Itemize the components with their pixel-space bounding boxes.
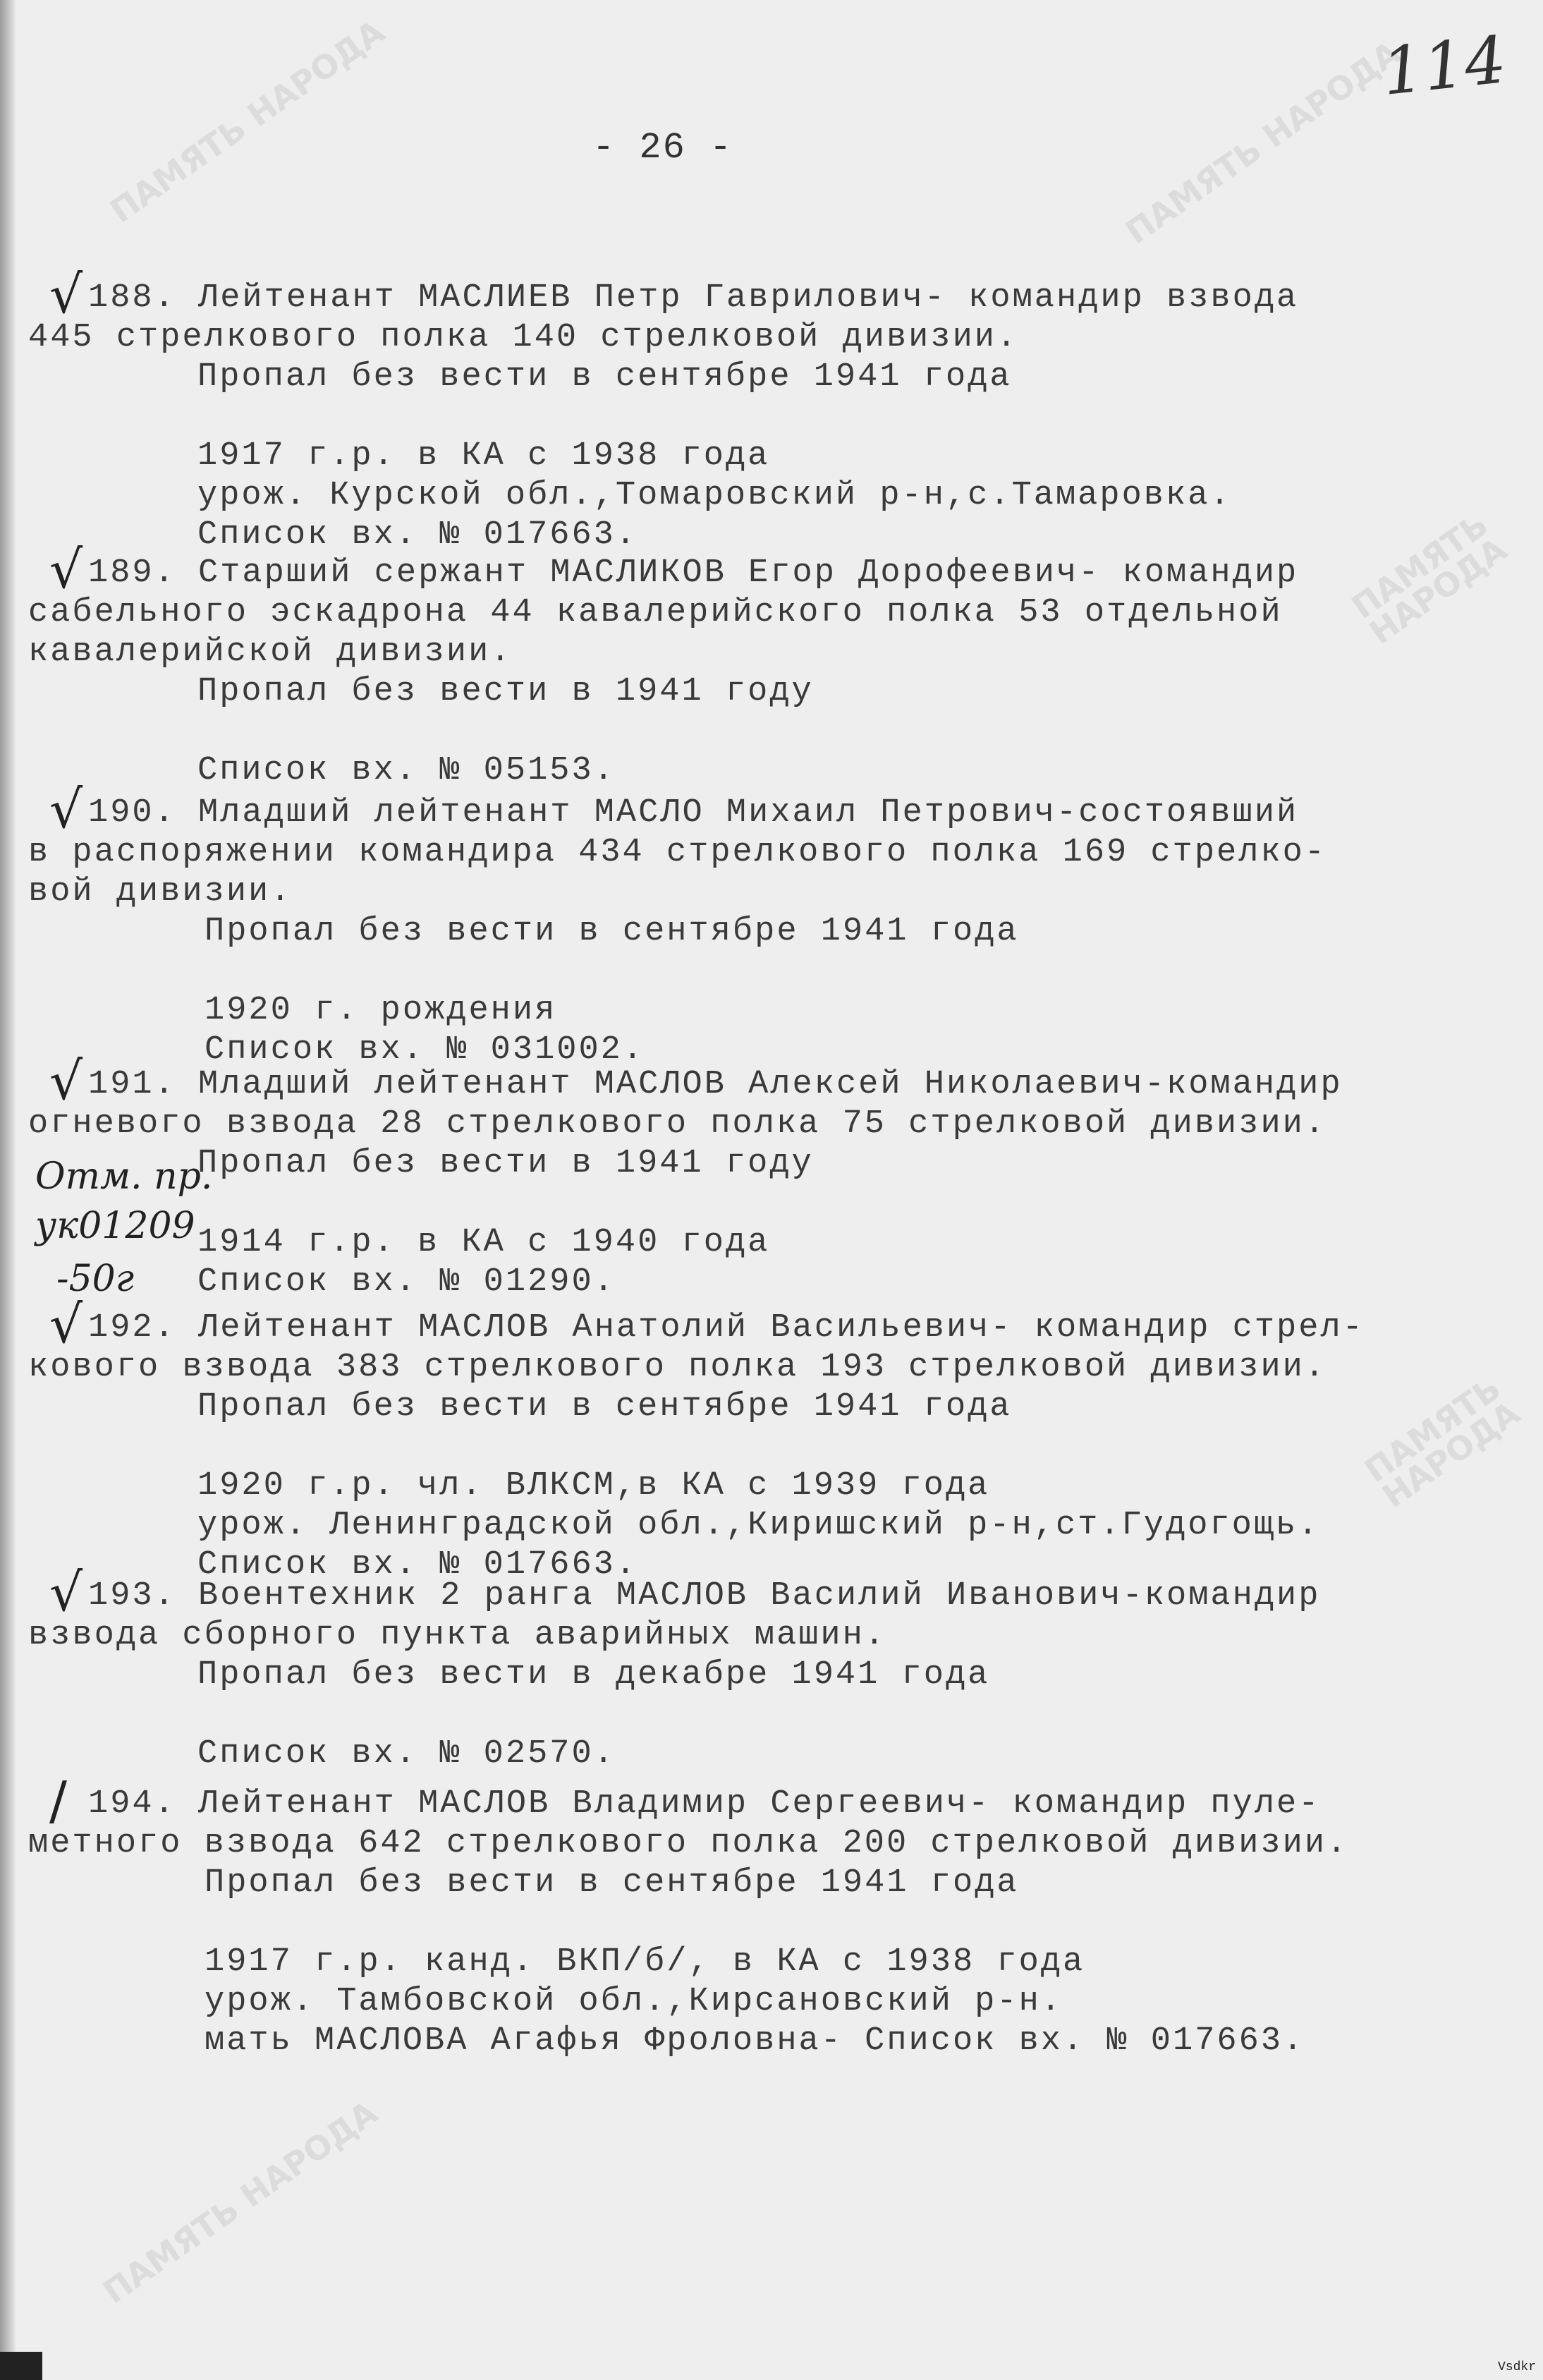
entry-line: урож. Курской обл.,Томаровский р-н,с.Там…	[21, 476, 1502, 516]
document-page: ПАМЯТЬ НАРОДА ПАМЯТЬ НАРОДА ПАМЯТЬ НАРОД…	[21, 0, 1543, 2380]
page-number: - 26 -	[592, 127, 733, 169]
entry-line: Список вх. № 017663.	[21, 516, 1502, 555]
entry-line: кавалерийской дивизии.	[21, 633, 1502, 672]
check-mark-icon: √	[49, 265, 83, 325]
entry-line: Пропал без вести в сентябре 1941 года	[21, 1388, 1502, 1427]
entry-194: / 194. Лейтенант МАСЛОВ Владимир Сергеев…	[21, 1785, 1502, 2061]
entry-line: 1920 г. рождения	[21, 991, 1502, 1031]
entry-line: Список вх. № 02570.	[21, 1735, 1502, 1774]
check-mark-icon: √	[49, 540, 83, 600]
entry-line: Пропал без вести в декабре 1941 года	[21, 1656, 1502, 1695]
entry-line: мать МАСЛОВА Агафья Фроловна- Список вх.…	[21, 2022, 1502, 2061]
handwritten-note: -50г	[56, 1259, 134, 1299]
entry-line: Список вх. № 05153.	[21, 751, 1502, 791]
entry-line: Список вх. № 01290.	[21, 1263, 1502, 1302]
entry-line: 193. Воентехник 2 ранга МАСЛОВ Василий И…	[21, 1577, 1502, 1616]
entry-line: Пропал без вести в сентябре 1941 года	[21, 358, 1502, 397]
entry-190: √ 190. Младший лейтенант МАСЛО Михаил Пе…	[21, 794, 1502, 1070]
entry-193: √ 193. Воентехник 2 ранга МАСЛОВ Василий…	[21, 1577, 1502, 1774]
scan-credit: Vsdkr	[1498, 2360, 1536, 2374]
entry-192: √ 192. Лейтенант МАСЛОВ Анатолий Василье…	[21, 1309, 1502, 1585]
check-mark-icon: √	[49, 779, 83, 840]
entry-189: √ 189. Старший сержант МАСЛИКОВ Егор Дор…	[21, 554, 1502, 791]
handwritten-note: ук01209	[35, 1206, 195, 1246]
entry-line: 191. Младший лейтенант МАСЛОВ Алексей Ни…	[21, 1065, 1502, 1105]
entry-line: 1914 г.р. в КА с 1940 года	[21, 1223, 1502, 1263]
entry-line: 1917 г.р. в КА с 1938 года	[21, 437, 1502, 476]
entry-line: 194. Лейтенант МАСЛОВ Владимир Сергеевич…	[21, 1785, 1502, 1824]
check-mark-icon: /	[49, 1771, 67, 1831]
scan-left-edge	[0, 0, 16, 2380]
entry-line: Пропал без вести в сентябре 1941 года	[21, 1864, 1502, 1903]
watermark: ПАМЯТЬ НАРОДА	[105, 16, 389, 228]
entry-line: сабельного эскадрона 44 кавалерийского п…	[21, 593, 1502, 633]
handwritten-note: Отм. пр.	[35, 1157, 212, 1196]
watermark: ПАМЯТЬ НАРОДА	[98, 2096, 382, 2309]
folio-number: 114	[1379, 22, 1510, 110]
entry-line: Пропал без вести в 1941 году	[21, 672, 1502, 712]
entry-line: 189. Старший сержант МАСЛИКОВ Егор Дороф…	[21, 554, 1502, 593]
entry-191: √ 191. Младший лейтенант МАСЛОВ Алексей …	[21, 1065, 1502, 1302]
entry-188: √ 188. Лейтенант МАСЛИЕВ Петр Гаврилович…	[21, 279, 1502, 555]
entry-line: Список вх. № 031002.	[21, 1031, 1502, 1070]
entry-line: 188. Лейтенант МАСЛИЕВ Петр Гаврилович- …	[21, 279, 1502, 318]
entry-line: огневого взвода 28 стрелкового полка 75 …	[21, 1105, 1502, 1144]
entry-line: 445 стрелкового полка 140 стрелковой див…	[21, 318, 1502, 358]
entry-line: в распоряжении командира 434 стрелкового…	[21, 833, 1502, 873]
entry-line: метного взвода 642 стрелкового полка 200…	[21, 1824, 1502, 1864]
entry-line: 1917 г.р. канд. ВКП/б/, в КА с 1938 года	[21, 1943, 1502, 1982]
check-mark-icon: √	[49, 1051, 83, 1112]
entry-line: урож. Ленинградской обл.,Киришский р-н,с…	[21, 1506, 1502, 1546]
entry-line: вой дивизии.	[21, 873, 1502, 912]
entry-line: Пропал без вести в 1941 году	[21, 1144, 1502, 1184]
entry-line: урож. Тамбовской обл.,Кирсановский р-н.	[21, 1982, 1502, 2022]
check-mark-icon: √	[49, 1294, 83, 1355]
entry-line: Пропал без вести в сентябре 1941 года	[21, 912, 1502, 952]
entry-line: кового взвода 383 стрелкового полка 193 …	[21, 1348, 1502, 1388]
entry-line: 190. Младший лейтенант МАСЛО Михаил Петр…	[21, 794, 1502, 833]
check-mark-icon: √	[49, 1562, 83, 1623]
entry-line: 1920 г.р. чл. ВЛКСМ,в КА с 1939 года	[21, 1467, 1502, 1506]
entry-line: 192. Лейтенант МАСЛОВ Анатолий Васильеви…	[21, 1309, 1502, 1348]
entry-line: взвода сборного пункта аварийных машин.	[21, 1616, 1502, 1656]
watermark: ПАМЯТЬ НАРОДА	[1121, 37, 1405, 249]
